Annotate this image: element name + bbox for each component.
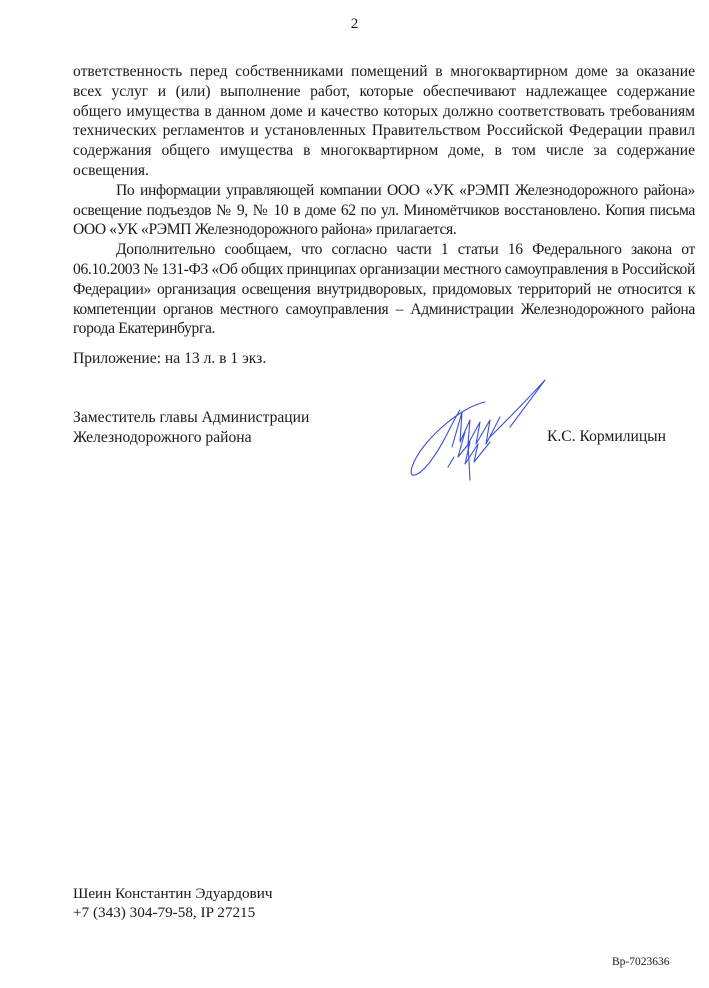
page-number: 2 xyxy=(0,16,709,33)
signatory-title-line1: Заместитель главы Администрации xyxy=(73,408,309,428)
signatory-title: Заместитель главы Администрации Железнод… xyxy=(73,408,309,448)
text-line: По информации управляющей компании ООО «… xyxy=(116,182,638,199)
attachment-note: Приложение: на 13 л. в 1 экз. xyxy=(73,350,266,368)
letter-body: ответственность перед собственниками пом… xyxy=(73,62,695,339)
paragraph-3: Дополнительно сообщаем, что согласно час… xyxy=(73,240,695,339)
paragraph-1: ответственность перед собственниками пом… xyxy=(73,62,695,181)
text-line: Дополнительно сообщаем, что согласно час… xyxy=(116,241,672,258)
signatory-name: К.С. Кормилицын xyxy=(547,428,666,446)
contact-block: Шеин Константин Эдуардович +7 (343) 304-… xyxy=(73,884,273,922)
document-id: Вр-7023636 xyxy=(612,956,670,968)
handwritten-signature-icon xyxy=(390,372,560,492)
signatory-title-line2: Железнодорожного района xyxy=(73,428,309,448)
contact-name: Шеин Константин Эдуардович xyxy=(73,884,273,903)
text-line: ответственность перед собственниками пом… xyxy=(73,63,608,80)
contact-phone: +7 (343) 304-79-58, IP 27215 xyxy=(73,903,273,922)
paragraph-2: По информации управляющей компании ООО «… xyxy=(73,181,695,240)
